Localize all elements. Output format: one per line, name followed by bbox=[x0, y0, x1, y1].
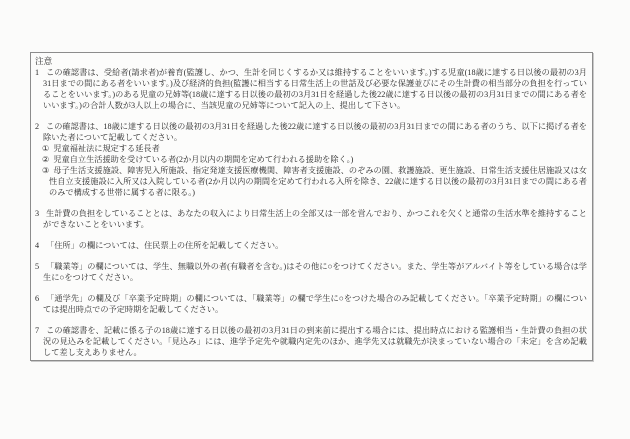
note-subitem: ③母子生活支援施設、障害児入所施設、指定発達支援医療機関、障害者支援施設、のぞみ… bbox=[35, 165, 587, 198]
note-number: 6 bbox=[35, 293, 40, 304]
note-item: 7この確認書を、記載に係る子の18歳に達する日以後の最初の3月31日の到来前に提… bbox=[35, 325, 587, 358]
note-text: 「通学先」の欄及び「卒業予定時期」の欄については、「職業等」の欄で学生に○をつけ… bbox=[43, 294, 587, 314]
notice-title: 注意 bbox=[35, 56, 587, 67]
note-number: 4 bbox=[35, 240, 40, 251]
note-text: 「住所」の欄については、住民票上の住所を記載してください。 bbox=[46, 241, 283, 250]
subitem-text: 児童福祉法に規定する延長者 bbox=[53, 144, 159, 153]
note-text: この確認書は、18歳に達する日以後の最初の3月31日を経過した後22歳に達する日… bbox=[43, 122, 587, 142]
note-group: 6「通学先」の欄及び「卒業予定時期」の欄については、「職業等」の欄で学生に○をつ… bbox=[35, 293, 587, 315]
note-group: 1この確認書は、受給者(請求者)が養育(監護し、かつ、生計を同じくするか又は維持… bbox=[35, 67, 587, 111]
subitem-number: ① bbox=[42, 143, 49, 154]
note-group: 7この確認書を、記載に係る子の18歳に達する日以後の最初の3月31日の到来前に提… bbox=[35, 325, 587, 358]
note-item: 5「職業等」の欄については、学生、無職以外の者(有職者を含む。)はその他に○をつ… bbox=[35, 261, 587, 283]
note-number: 3 bbox=[35, 208, 40, 219]
note-item: 1この確認書は、受給者(請求者)が養育(監護し、かつ、生計を同じくするか又は維持… bbox=[35, 67, 587, 111]
note-number: 1 bbox=[35, 67, 40, 78]
subitem-number: ③ bbox=[42, 165, 49, 176]
note-item: 2この確認書は、18歳に達する日以後の最初の3月31日を経過した後22歳に達する… bbox=[35, 121, 587, 143]
note-text: 「職業等」の欄については、学生、無職以外の者(有職者を含む。)はその他に○をつけ… bbox=[43, 262, 587, 282]
note-text: この確認書は、受給者(請求者)が養育(監護し、かつ、生計を同じくするか又は維持す… bbox=[43, 68, 587, 110]
note-group: 5「職業等」の欄については、学生、無職以外の者(有職者を含む。)はその他に○をつ… bbox=[35, 261, 587, 283]
subitem-number: ② bbox=[42, 154, 49, 165]
note-subitem: ①児童福祉法に規定する延長者 bbox=[35, 143, 587, 154]
note-number: 2 bbox=[35, 121, 40, 132]
note-number: 5 bbox=[35, 261, 40, 272]
note-group: 4「住所」の欄については、住民票上の住所を記載してください。 bbox=[35, 240, 587, 251]
note-item: 6「通学先」の欄及び「卒業予定時期」の欄については、「職業等」の欄で学生に○をつ… bbox=[35, 293, 587, 315]
note-subitem: ②児童自立生活援助を受けている者(2か月以内の期間を定めて行われる援助を除く。) bbox=[35, 154, 587, 165]
document-page: 注意 1この確認書は、受給者(請求者)が養育(監護し、かつ、生計を同じくするか又… bbox=[0, 0, 630, 439]
note-number: 7 bbox=[35, 325, 40, 336]
subitem-text: 母子生活支援施設、障害児入所施設、指定発達支援医療機関、障害者支援施設、のぞみの… bbox=[49, 166, 587, 197]
note-text: 生計費の負担をしていることとは、あなたの収入により日常生活上の全部又は一部を営ん… bbox=[43, 209, 587, 229]
note-item: 3生計費の負担をしていることとは、あなたの収入により日常生活上の全部又は一部を営… bbox=[35, 208, 587, 230]
subitem-text: 児童自立生活援助を受けている者(2か月以内の期間を定めて行われる援助を除く。) bbox=[53, 155, 353, 164]
note-item: 4「住所」の欄については、住民票上の住所を記載してください。 bbox=[35, 240, 587, 251]
note-group: 3生計費の負担をしていることとは、あなたの収入により日常生活上の全部又は一部を営… bbox=[35, 208, 587, 230]
note-text: この確認書を、記載に係る子の18歳に達する日以後の最初の3月31日の到来前に提出… bbox=[43, 326, 587, 357]
note-group: 2この確認書は、18歳に達する日以後の最初の3月31日を経過した後22歳に達する… bbox=[35, 121, 587, 198]
notice-box: 注意 1この確認書は、受給者(請求者)が養育(監護し、かつ、生計を同じくするか又… bbox=[30, 52, 593, 361]
notes-list: 1この確認書は、受給者(請求者)が養育(監護し、かつ、生計を同じくするか又は維持… bbox=[35, 67, 587, 358]
